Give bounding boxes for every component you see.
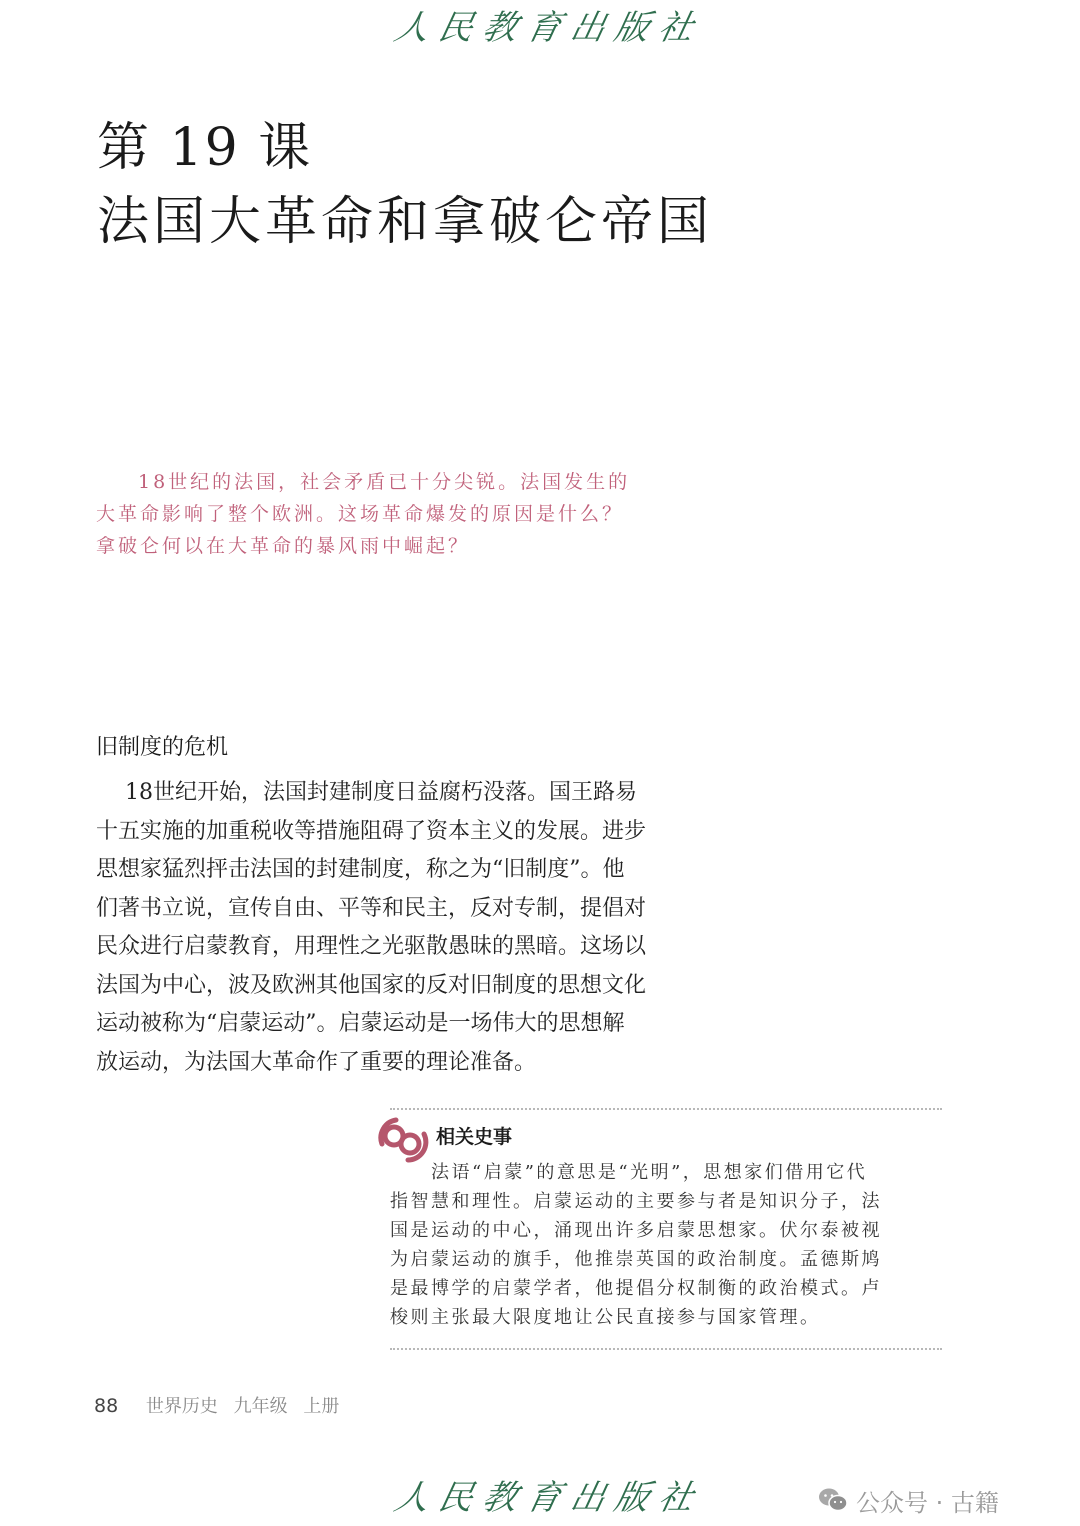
wechat-watermark: 公众号 · 古籍 <box>818 1482 999 1518</box>
related-history-body: 法语“启蒙”的意思是“光明”，思想家们借用它代 指智慧和理性。启蒙运动的主要参与… <box>390 1158 950 1332</box>
related-line: 为启蒙运动的旗手，他推崇英国的政治制度。孟德斯鸠 <box>390 1245 950 1274</box>
body-line: 们著书立说，宣传自由、平等和民主，反对专制，提倡对 <box>96 890 736 929</box>
section-heading: 旧制度的危机 <box>96 732 228 764</box>
body-line: 放运动，为法国大革命作了重要的理论准备。 <box>96 1044 736 1083</box>
page-number: 88 <box>94 1395 118 1417</box>
body-line: 法国为中心，波及欧洲其他国家的反对旧制度的思想文化 <box>96 967 736 1006</box>
related-history-icon <box>376 1114 430 1164</box>
intro-line: 大革命影响了整个欧洲。这场革命爆发的原因是什么？ <box>96 498 656 530</box>
related-line: 是最博学的启蒙学者，他提倡分权制衡的政治模式。卢 <box>390 1274 950 1303</box>
book-grade: 九年级 <box>234 1396 288 1417</box>
body-line: 思想家猛烈抨击法国的封建制度，称之为“旧制度”。他 <box>96 851 736 890</box>
lesson-intro: 18世纪的法国，社会矛盾已十分尖锐。法国发生的 大革命影响了整个欧洲。这场革命爆… <box>96 466 656 562</box>
dotted-divider-bottom <box>390 1348 942 1350</box>
publisher-logo-top: 人民教育出版社 <box>390 6 699 50</box>
related-history-title: 相关史事 <box>436 1122 512 1149</box>
watermark-text: 公众号 · 古籍 <box>856 1483 999 1518</box>
page-footer: 88 世界历史 九年级 上册 <box>94 1392 339 1418</box>
intro-line: 18世纪的法国，社会矛盾已十分尖锐。法国发生的 <box>96 466 656 498</box>
publisher-logo-bottom: 人民教育出版社 <box>390 1476 699 1520</box>
book-volume: 上册 <box>303 1396 339 1417</box>
book-subject: 世界历史 <box>146 1396 218 1417</box>
lesson-number: 第 19 课 <box>97 116 312 180</box>
dotted-divider-top <box>390 1108 942 1110</box>
body-line: 十五实施的加重税收等措施阻碍了资本主义的发展。进步 <box>96 813 736 852</box>
body-line: 18世纪开始，法国封建制度日益腐朽没落。国王路易 <box>96 774 736 813</box>
related-line: 法语“启蒙”的意思是“光明”，思想家们借用它代 <box>390 1158 950 1187</box>
body-line: 运动被称为“启蒙运动”。启蒙运动是一场伟大的思想解 <box>96 1005 736 1044</box>
related-history-box: 相关史事 法语“启蒙”的意思是“光明”，思想家们借用它代 指智慧和理性。启蒙运动… <box>376 1106 942 1350</box>
related-line: 国是运动的中心，涌现出许多启蒙思想家。伏尔泰被视 <box>390 1216 950 1245</box>
related-line: 梭则主张最大限度地让公民直接参与国家管理。 <box>390 1303 950 1332</box>
body-line: 民众进行启蒙教育，用理性之光驱散愚昧的黑暗。这场以 <box>96 928 736 967</box>
intro-line: 拿破仑何以在大革命的暴风雨中崛起？ <box>96 530 656 562</box>
lesson-title: 法国大革命和拿破仑帝国 <box>97 190 713 254</box>
related-line: 指智慧和理性。启蒙运动的主要参与者是知识分子，法 <box>390 1187 950 1216</box>
wechat-icon <box>818 1487 848 1513</box>
section-body: 18世纪开始，法国封建制度日益腐朽没落。国王路易 十五实施的加重税收等措施阻碍了… <box>96 774 736 1082</box>
